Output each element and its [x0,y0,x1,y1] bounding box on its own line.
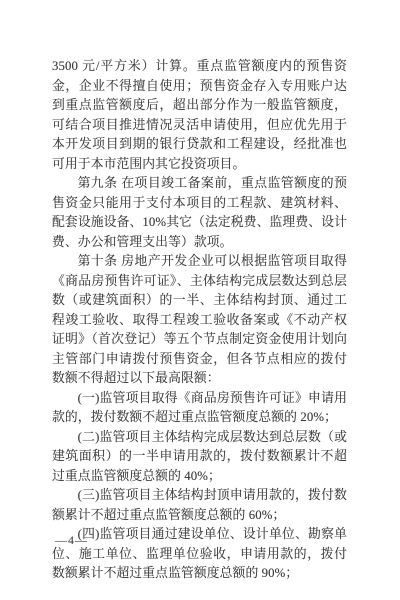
paragraph-item-4: (四)监管项目通过建设单位、设计单位、勘察单位、施工单位、监理单位验收，申请用款… [52,525,347,584]
page-number: —4— [55,533,88,548]
paragraph-item-2: (二)监管项目主体结构完成层数达到总层数（或建筑面积）的一半申请用款的，拨付数额… [52,428,347,487]
document-body: 3500 元/平方米）计算。重点监管额度内的预售资金，企业不得擅自使用；预售资金… [52,57,347,584]
paragraph-article-9: 第九条 在项目竣工备案前，重点监管额度的预售资金只能用于支付本项目的工程款、建筑… [52,174,347,252]
paragraph-item-3: (三)监管项目主体结构封顶申请用款的，拨付数额累计不超过重点监管额度总额的 60… [52,486,347,525]
paragraph-continuation: 3500 元/平方米）计算。重点监管额度内的预售资金，企业不得擅自使用；预售资金… [52,57,347,174]
paragraph-article-10: 第十条 房地产开发企业可以根据监管项目取得《商品房预售许可证》、主体结构完成层数… [52,252,347,389]
paragraph-item-1: (一)监管项目取得《商品房预售许可证》申请用款的，拨付数额不超过重点监管额度总额… [52,389,347,428]
document-page: 3500 元/平方米）计算。重点监管额度内的预售资金，企业不得擅自使用；预售资金… [52,57,347,584]
